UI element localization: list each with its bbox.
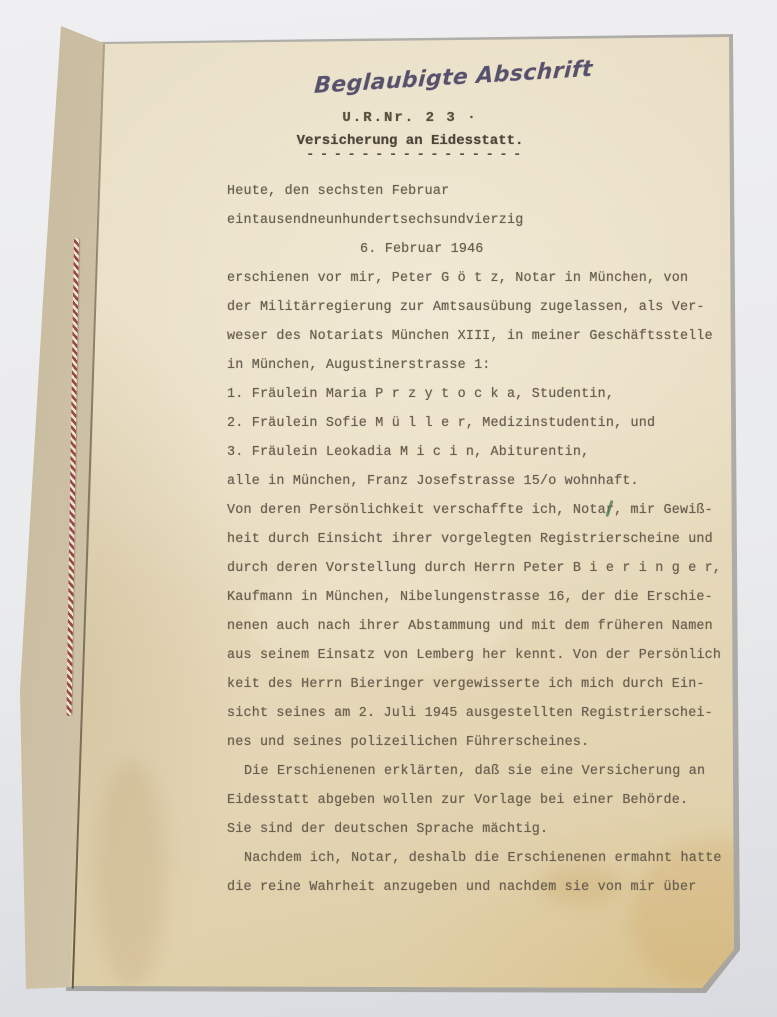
typed-line: erschienen vor mir, Peter G ö t z, Notar… — [227, 264, 717, 293]
photo-backdrop: Beglaubigte Abschrift U.R.Nr. 2 3 · Vers… — [0, 0, 777, 1017]
document-page: Beglaubigte Abschrift U.R.Nr. 2 3 · Vers… — [0, 0, 777, 1017]
deed-roll-number: U.R.Nr. 2 3 · — [300, 110, 520, 126]
certification-stamp: Beglaubigte Abschrift — [313, 60, 544, 99]
typed-line: 1. Fräulein Maria P r z y t o c k a, Stu… — [227, 380, 717, 409]
typed-line: 3. Fräulein Leokadia M i c i n, Abituren… — [227, 438, 717, 467]
typed-line: eintausendneunhundertsechsundvierzig — [227, 206, 717, 235]
typed-line: sicht seines am 2. Juli 1945 ausgestellt… — [227, 699, 717, 728]
typed-line: Kaufmann in München, Nibelungenstrasse 1… — [227, 583, 717, 612]
typed-line: weser des Notariats München XIII, in mei… — [227, 322, 717, 351]
typed-line: Sie sind der deutschen Sprache mächtig. — [227, 815, 717, 844]
typed-line: 6. Februar 1946 — [227, 235, 717, 264]
typed-line: alle in München, Franz Josefstrasse 15/o… — [227, 467, 717, 496]
typed-body: Heute, den sechsten Februareintausendneu… — [227, 177, 717, 902]
paper-stain — [96, 760, 166, 990]
typed-line: der Militärregierung zur Amtsausübung zu… — [227, 293, 717, 322]
typed-line: Von deren Persönlichkeit verschaffte ich… — [227, 496, 717, 525]
typed-line: Nachdem ich, Notar, deshalb die Erschien… — [227, 844, 717, 873]
typed-line: heit durch Einsicht ihrer vorgelegten Re… — [227, 525, 717, 554]
typed-line: in München, Augustinerstrasse 1: — [227, 351, 717, 380]
title-dashed-underline: - - - - - - - - - - - - - - - - — [288, 147, 538, 163]
typed-line: aus seinem Einsatz von Lemberg her kennt… — [227, 641, 717, 670]
typed-line: 2. Fräulein Sofie M ü l l e r, Medizinst… — [227, 409, 717, 438]
typed-line: die reine Wahrheit anzugeben und nachdem… — [227, 873, 717, 902]
typed-line: nes und seines polizeilichen Führerschei… — [227, 728, 717, 757]
typed-line: durch deren Vorstellung durch Herrn Pete… — [227, 554, 717, 583]
typed-line: keit des Herrn Bieringer vergewisserte i… — [227, 670, 717, 699]
typed-line: Eidesstatt abgeben wollen zur Vorlage be… — [227, 786, 717, 815]
typed-line: Die Erschienenen erklärten, daß sie eine… — [227, 757, 717, 786]
typed-line: nenen auch nach ihrer Abstammung und mit… — [227, 612, 717, 641]
typed-line: Heute, den sechsten Februar — [227, 177, 717, 206]
